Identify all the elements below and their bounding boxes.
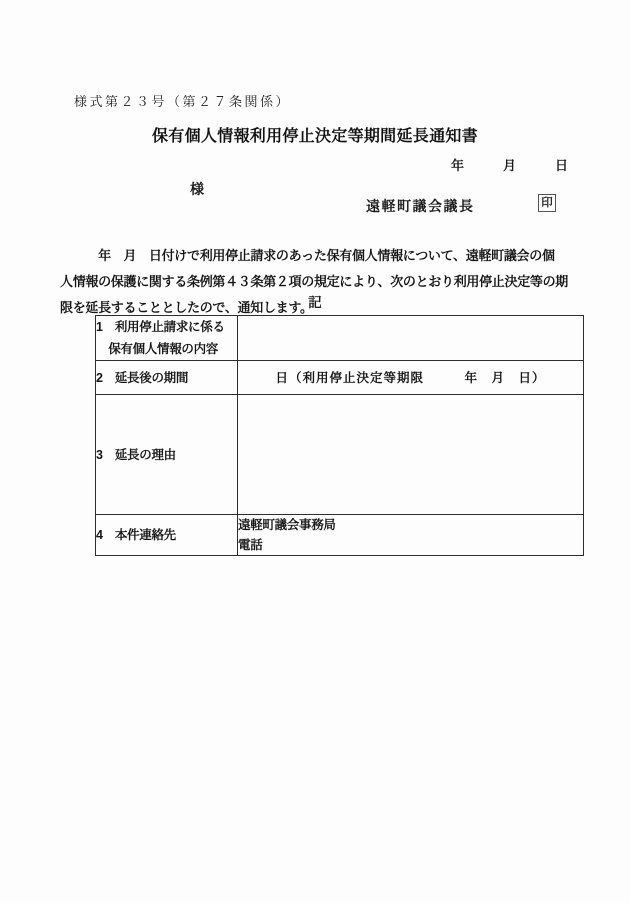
table-row-contact: 4 本件連絡先 遠軽町議会事務局 電話 bbox=[96, 515, 584, 556]
row2-label-cell: 2 延長後の期間 bbox=[96, 361, 238, 395]
body-line-2: 人情報の保護に関する条例第４３条第２項の規定により、次のとおり利用停止決定等の期 bbox=[60, 269, 572, 295]
row1-label-line-2: 保有個人情報の内容 bbox=[96, 338, 237, 360]
seal-mark: 印 bbox=[538, 194, 556, 212]
date-line: 年 月 日 bbox=[451, 158, 568, 173]
row4-value-cell: 遠軽町議会事務局 電話 bbox=[238, 515, 584, 556]
table-row-extended-period: 2 延長後の期間 日（利用停止決定等期限 年 月 日） bbox=[96, 361, 584, 395]
document-title: 保有個人情報利用停止決定等期間延長通知書 bbox=[0, 127, 630, 147]
body-line-1: 年 月 日付けで利用停止請求のあった保有個人情報について、遠軽町議会の個 bbox=[60, 243, 572, 269]
row3-value-cell bbox=[238, 395, 584, 515]
row1-label-line-1: 1 利用停止請求に係る bbox=[96, 316, 237, 338]
row1-value-cell bbox=[238, 316, 584, 361]
table-row-retained-info: 1 利用停止請求に係る 保有個人情報の内容 bbox=[96, 316, 584, 361]
row3-label-line: 3 延長の理由 bbox=[96, 444, 237, 466]
issuer-title: 遠軽町議会議長 bbox=[366, 198, 475, 214]
row2-label-line: 2 延長後の期間 bbox=[96, 367, 237, 389]
table-row-extension-reason: 3 延長の理由 bbox=[96, 395, 584, 515]
details-table: 1 利用停止請求に係る 保有個人情報の内容 2 延長後の期間 日（利用停止決定等… bbox=[95, 315, 584, 556]
form-number: 様式第２３号（第２７条関係） bbox=[74, 94, 291, 110]
row3-label-cell: 3 延長の理由 bbox=[96, 395, 238, 515]
list-heading: 記 bbox=[0, 296, 630, 310]
addressee-suffix: 様 bbox=[190, 182, 204, 197]
row4-value-line-1: 遠軽町議会事務局 bbox=[238, 515, 583, 535]
row4-label-line: 4 本件連絡先 bbox=[96, 524, 237, 546]
row1-label-cell: 1 利用停止請求に係る 保有個人情報の内容 bbox=[96, 316, 238, 361]
row4-value-line-2: 電話 bbox=[238, 535, 583, 555]
row2-value-line: 日（利用停止決定等期限 年 月 日） bbox=[238, 368, 583, 388]
row4-label-cell: 4 本件連絡先 bbox=[96, 515, 238, 556]
document-page: 様式第２３号（第２７条関係） 保有個人情報利用停止決定等期間延長通知書 年 月 … bbox=[0, 0, 630, 903]
row2-value-cell: 日（利用停止決定等期限 年 月 日） bbox=[238, 361, 584, 395]
